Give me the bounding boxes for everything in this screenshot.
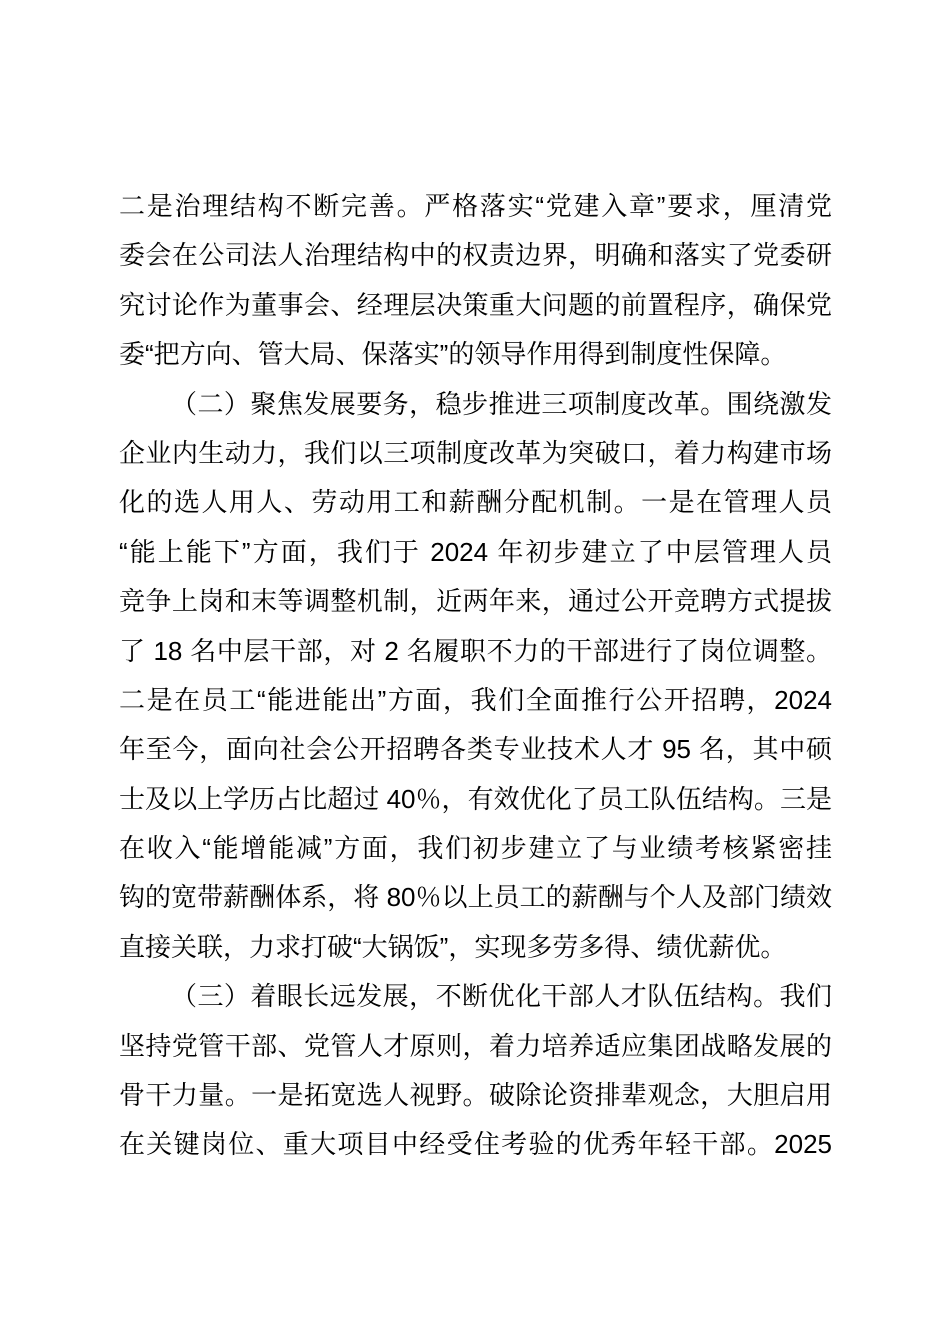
- text-line: 究讨论作为董事会、经理层决策重大问题的前置程序，确保党: [119, 281, 832, 330]
- text-line: （三）着眼长远发展，不断优化干部人才队伍结构。我们: [119, 972, 832, 1021]
- text-line: 二是在员工“能进能出”方面，我们全面推行公开招聘，2024: [119, 676, 832, 725]
- document-page: 二是治理结构不断完善。严格落实“党建入章”要求，厘清党委会在公司法人治理结构中的…: [0, 0, 950, 1344]
- paragraph-3: （三）着眼长远发展，不断优化干部人才队伍结构。我们坚持党管干部、党管人才原则，着…: [119, 972, 832, 1170]
- text-line: 钩的宽带薪酬体系，将 80％以上员工的薪酬与个人及部门绩效: [119, 873, 832, 922]
- text-line: 在关键岗位、重大项目中经受住考验的优秀年轻干部。2025: [119, 1120, 832, 1169]
- text-line: 二是治理结构不断完善。严格落实“党建入章”要求，厘清党: [119, 182, 832, 231]
- text-line: “能上能下”方面，我们于 2024 年初步建立了中层管理人员: [119, 528, 832, 577]
- text-line: 委会在公司法人治理结构中的权责边界，明确和落实了党委研: [119, 231, 832, 280]
- text-line: 骨干力量。一是拓宽选人视野。破除论资排辈观念，大胆启用: [119, 1071, 832, 1120]
- text-line: 年至今，面向社会公开招聘各类专业技术人才 95 名，其中硕: [119, 725, 832, 774]
- paragraph-2: （二）聚焦发展要务，稳步推进三项制度改革。围绕激发企业内生动力，我们以三项制度改…: [119, 380, 832, 973]
- text-line: 委“把方向、管大局、保落实”的领导作用得到制度性保障。: [119, 330, 832, 379]
- text-line: 了 18 名中层干部，对 2 名履职不力的干部进行了岗位调整。: [119, 627, 832, 676]
- text-line: 竞争上岗和末等调整机制，近两年来，通过公开竞聘方式提拔: [119, 577, 832, 626]
- document-content: 二是治理结构不断完善。严格落实“党建入章”要求，厘清党委会在公司法人治理结构中的…: [119, 182, 832, 1170]
- text-line: 在收入“能增能减”方面，我们初步建立了与业绩考核紧密挂: [119, 824, 832, 873]
- paragraph-1: 二是治理结构不断完善。严格落实“党建入章”要求，厘清党委会在公司法人治理结构中的…: [119, 182, 832, 380]
- text-line: （二）聚焦发展要务，稳步推进三项制度改革。围绕激发: [119, 380, 832, 429]
- text-line: 企业内生动力，我们以三项制度改革为突破口，着力构建市场: [119, 429, 832, 478]
- text-line: 坚持党管干部、党管人才原则，着力培养适应集团战略发展的: [119, 1022, 832, 1071]
- text-line: 化的选人用人、劳动用工和薪酬分配机制。一是在管理人员: [119, 478, 832, 527]
- text-line: 士及以上学历占比超过 40％，有效优化了员工队伍结构。三是: [119, 775, 832, 824]
- text-line: 直接关联，力求打破“大锅饭”，实现多劳多得、绩优薪优。: [119, 923, 832, 972]
